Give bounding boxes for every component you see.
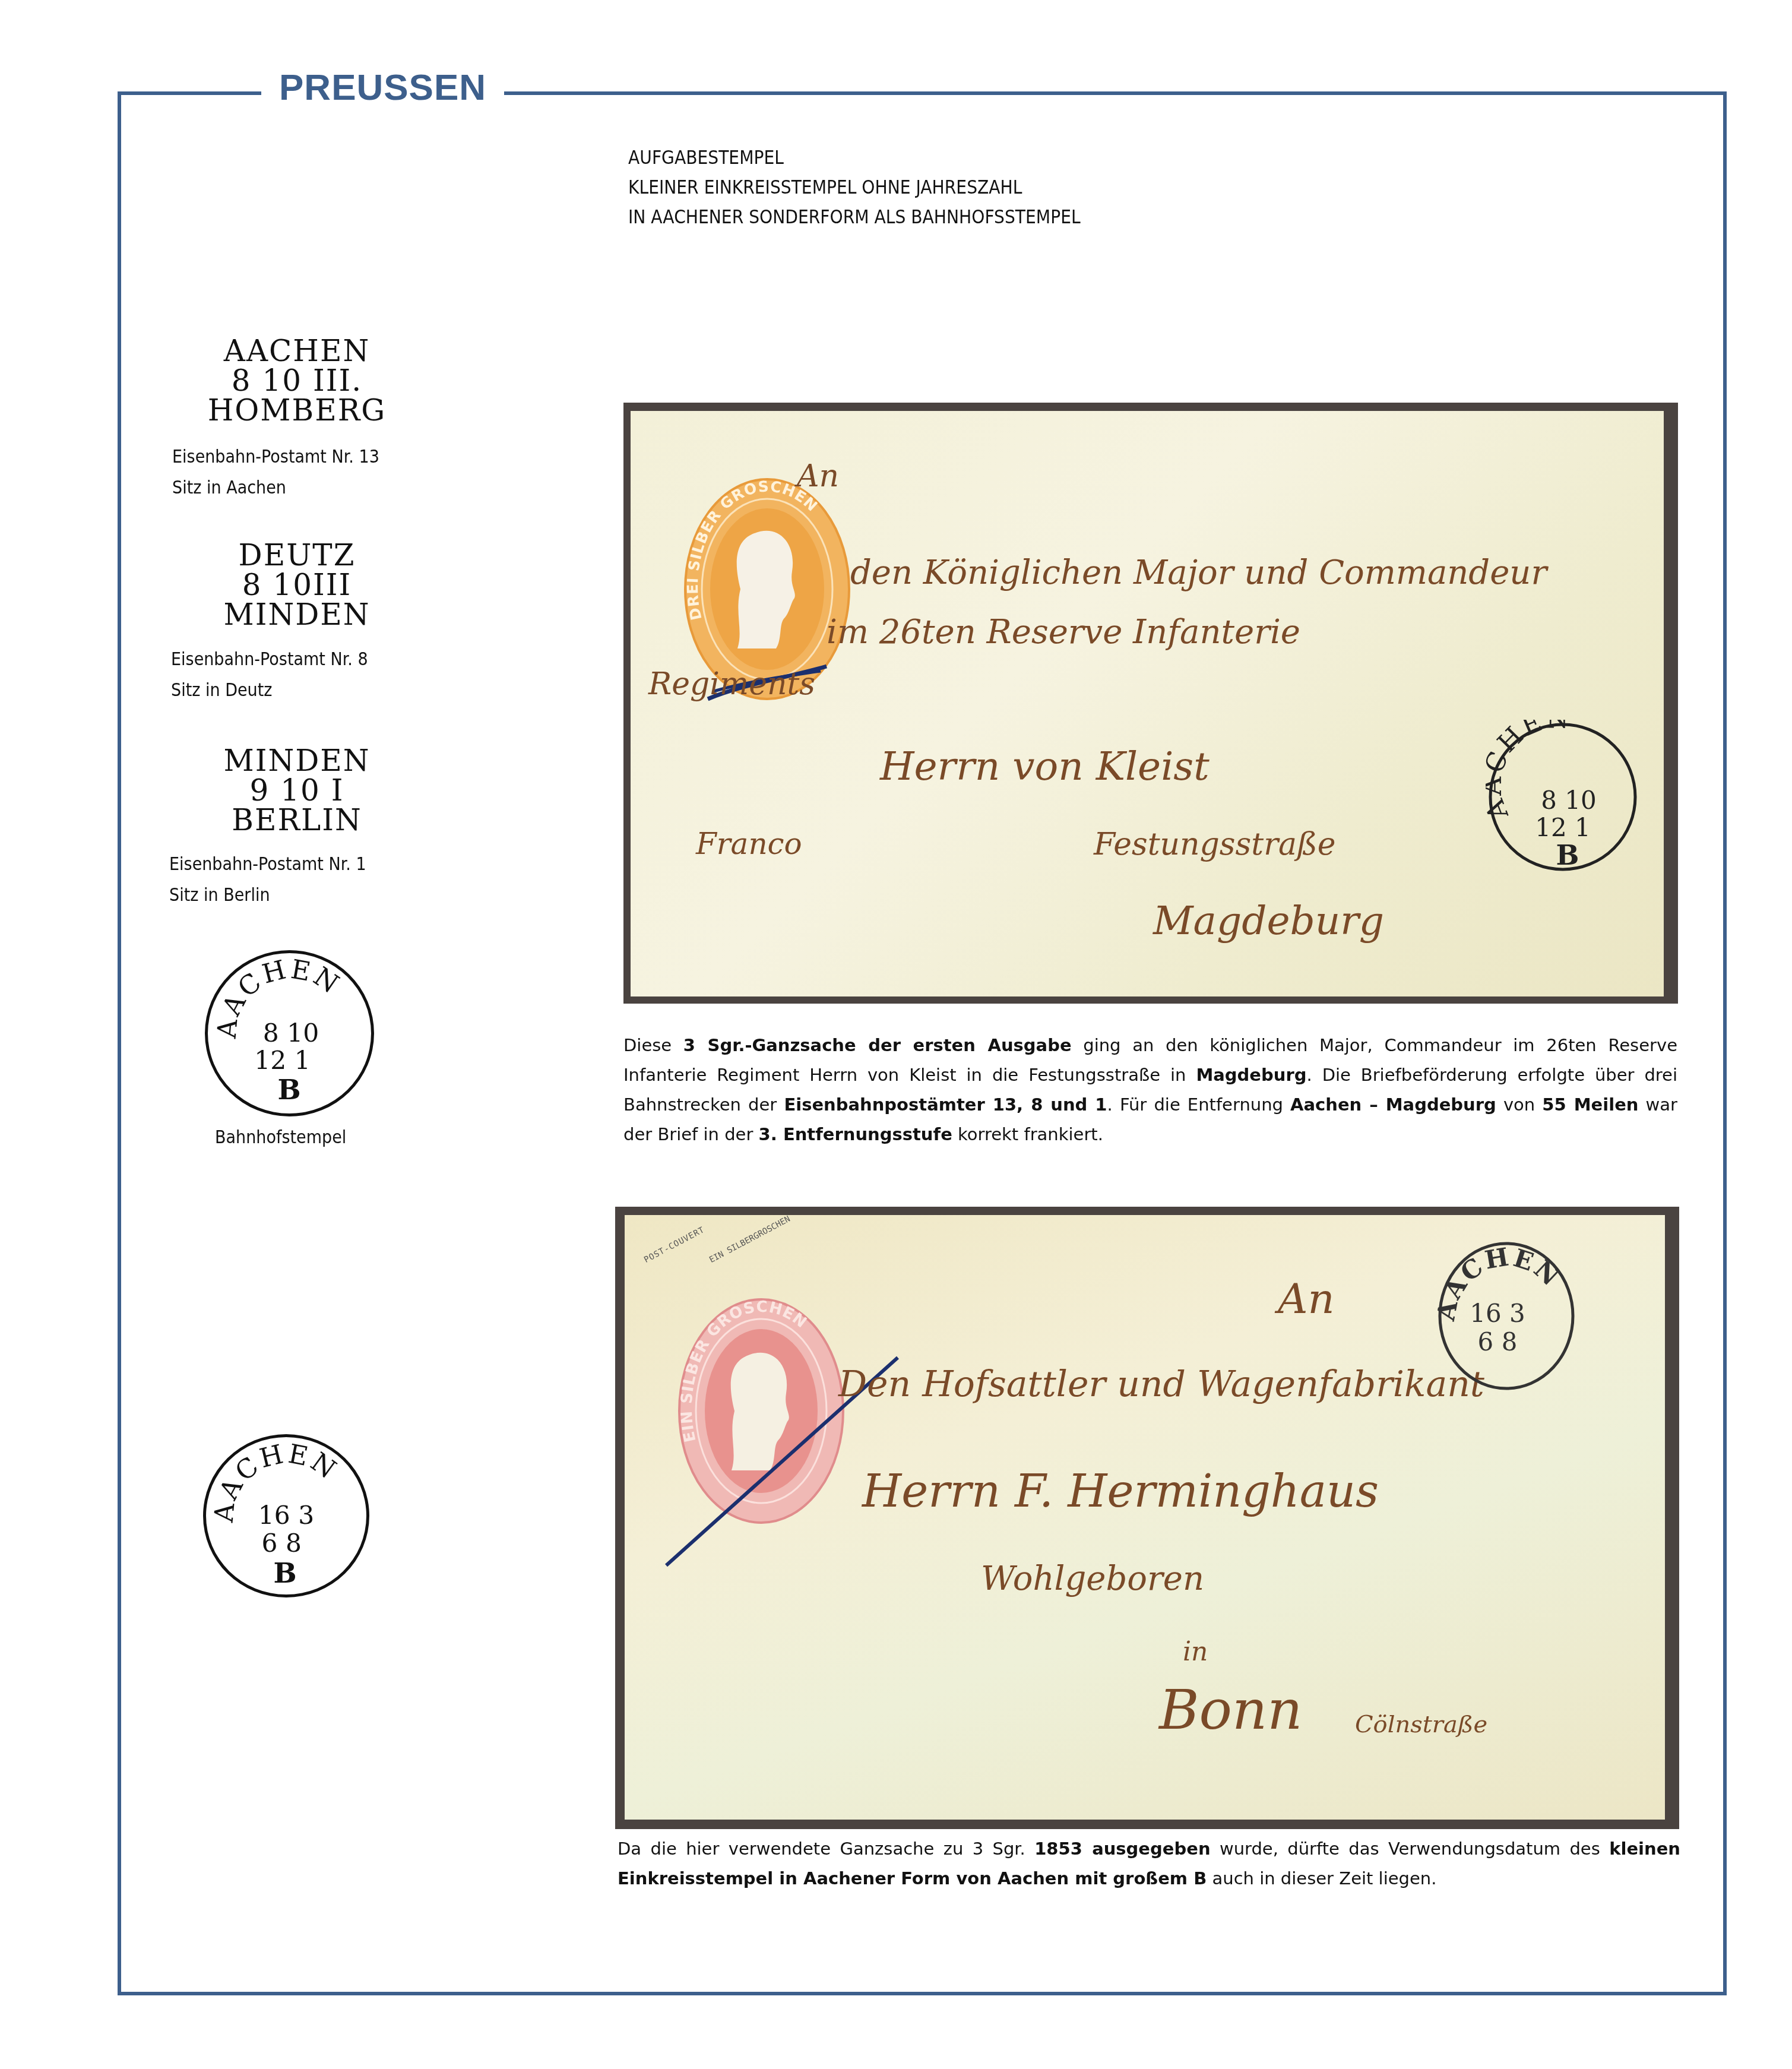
stamp-line: DEUTZ (202, 540, 392, 570)
cover-1-description: Diese 3 Sgr.-Ganzsache der ersten Ausgab… (623, 1030, 1677, 1149)
postmark-date: 16 3 (1470, 1299, 1525, 1328)
postmark-letter: B (277, 1074, 300, 1106)
description-run: 3. Entfernungsstufe (759, 1124, 952, 1144)
stamp-caption-3: Eisenbahn-Postamt Nr. 1 Sitz in Berlin (169, 849, 366, 911)
postmark-aachen-cover-1: AACHEN 8 10 12 1 B (1486, 720, 1640, 874)
postmark-time: 6 8 (1478, 1327, 1518, 1356)
cover-2-envelope: POST-COUVERT EIN SILBERGROSCHEN EIN SILB… (625, 1215, 1665, 1820)
address-line: Wohlgeboren (981, 1559, 1204, 1598)
description-run: von (1496, 1094, 1543, 1115)
postmark-time: 12 1 (1535, 813, 1591, 842)
section-heading: AUFGABESTEMPEL KLEINER EINKREISSTEMPEL O… (628, 143, 1081, 232)
stamp-line: BERLIN (202, 805, 392, 835)
postmark-aachen-cds-1: AACHEN 8 10 12 1 B (205, 950, 374, 1116)
heading-line-2: KLEINER EINKREISSTEMPEL OHNE JAHRESZAHL (628, 172, 1081, 202)
description-run: wurde, dürfte das Verwendungsdatum des (1211, 1839, 1610, 1859)
address-line: Franco (696, 827, 802, 861)
page-title: PREUSSEN (279, 64, 486, 112)
stamp-line: AACHEN (202, 336, 392, 366)
description-run: Diese (623, 1035, 683, 1055)
address-line: im 26ten Reserve Infanterie (827, 613, 1300, 651)
railway-stamp-deutz-minden: DEUTZ 8 10III MINDEN (202, 540, 392, 629)
address-line: Bonn (1159, 1678, 1303, 1742)
bahnhofstempel-caption: Bahnhofstempel (215, 1122, 346, 1153)
imprint-text: POST-COUVERT (642, 1225, 706, 1265)
heading-line-3: IN AACHENER SONDERFORM ALS BAHNHOFSSTEMP… (628, 202, 1081, 232)
address-line: An (797, 458, 839, 494)
heading-line-1: AUFGABESTEMPEL (628, 143, 1081, 172)
caption-line: Eisenbahn-Postamt Nr. 13 (172, 442, 379, 473)
cover-1-envelope: DREI SILBER GROSCHEN An den Königlichen … (631, 411, 1664, 996)
address-line: Cölnstraße (1355, 1711, 1487, 1738)
address-line: Den Hofsattler und Wagenfabrikant (838, 1363, 1484, 1405)
postmark-time: 12 1 (254, 1046, 310, 1075)
address-line: Magdeburg (1153, 898, 1384, 944)
address-line: Festungsstraße (1094, 827, 1336, 862)
postmark-date: 16 3 (258, 1501, 314, 1530)
stamp-line: MINDEN (202, 746, 392, 776)
caption-line: Eisenbahn-Postamt Nr. 1 (169, 849, 366, 880)
description-run: auch in dieser Zeit liegen. (1207, 1868, 1436, 1888)
postmark-letter: B (1556, 839, 1579, 871)
stamp-line: MINDEN (202, 600, 392, 629)
caption-line: Sitz in Berlin (169, 880, 366, 911)
postmark-date: 8 10 (1541, 786, 1597, 815)
description-run: . Für die Entfernung (1107, 1094, 1291, 1115)
cover-2-description: Da die hier verwendete Ganzsache zu 3 Sg… (618, 1834, 1680, 1893)
imprint-text: EIN SILBERGROSCHEN (708, 1214, 791, 1265)
stamp-line: 9 10 I (202, 776, 392, 805)
address-line: Regiments (648, 666, 815, 702)
postmark-aachen-cover-2: AACHEN 16 3 6 8 (1432, 1239, 1581, 1393)
address-line: Herrn F. Herminghaus (862, 1464, 1379, 1517)
description-run: 1853 ausgegeben (1034, 1839, 1210, 1859)
description-run: Eisenbahnpostämter 13, 8 und 1 (784, 1094, 1107, 1115)
description-run: Aachen – Magdeburg (1290, 1094, 1496, 1115)
postmark-svg: AACHEN 16 3 6 8 B (206, 1437, 366, 1595)
description-run: korrekt frankiert. (952, 1124, 1103, 1144)
postmark-date: 8 10 (263, 1019, 319, 1048)
postmark-letter: B (274, 1557, 297, 1589)
postmark-svg: AACHEN 8 10 12 1 B (208, 953, 371, 1113)
stamp-line: 8 10III (202, 570, 392, 600)
address-line: den Königlichen Major und Commandeur (850, 553, 1547, 592)
title-block: PREUSSEN (261, 64, 504, 112)
address-line: Herrn von Kleist (880, 744, 1210, 789)
railway-stamp-minden-berlin: MINDEN 9 10 I BERLIN (202, 746, 392, 835)
stamp-line: HOMBERG (202, 396, 392, 425)
postmark-time: 6 8 (262, 1529, 302, 1558)
postmark-aachen-cds-2: AACHEN 16 3 6 8 B (203, 1434, 369, 1597)
description-run: 55 Meilen (1542, 1094, 1638, 1115)
stamp-line: 8 10 III. (202, 366, 392, 396)
description-run: Magdeburg (1196, 1065, 1306, 1085)
caption-line: Sitz in Deutz (171, 675, 368, 706)
address-line: in (1183, 1637, 1208, 1667)
railway-stamp-aachen-homberg: AACHEN 8 10 III. HOMBERG (202, 336, 392, 425)
address-line: An (1278, 1274, 1335, 1323)
stamp-caption-2: Eisenbahn-Postamt Nr. 8 Sitz in Deutz (171, 644, 368, 706)
description-run: Da die hier verwendete Ganzsache zu 3 Sg… (618, 1839, 1034, 1859)
caption-line: Eisenbahn-Postamt Nr. 8 (171, 644, 368, 675)
stamp-caption-1: Eisenbahn-Postamt Nr. 13 Sitz in Aachen (172, 442, 379, 504)
caption-line: Sitz in Aachen (172, 473, 379, 504)
description-run: 3 Sgr.-Ganzsache der ersten Ausgabe (683, 1035, 1072, 1055)
